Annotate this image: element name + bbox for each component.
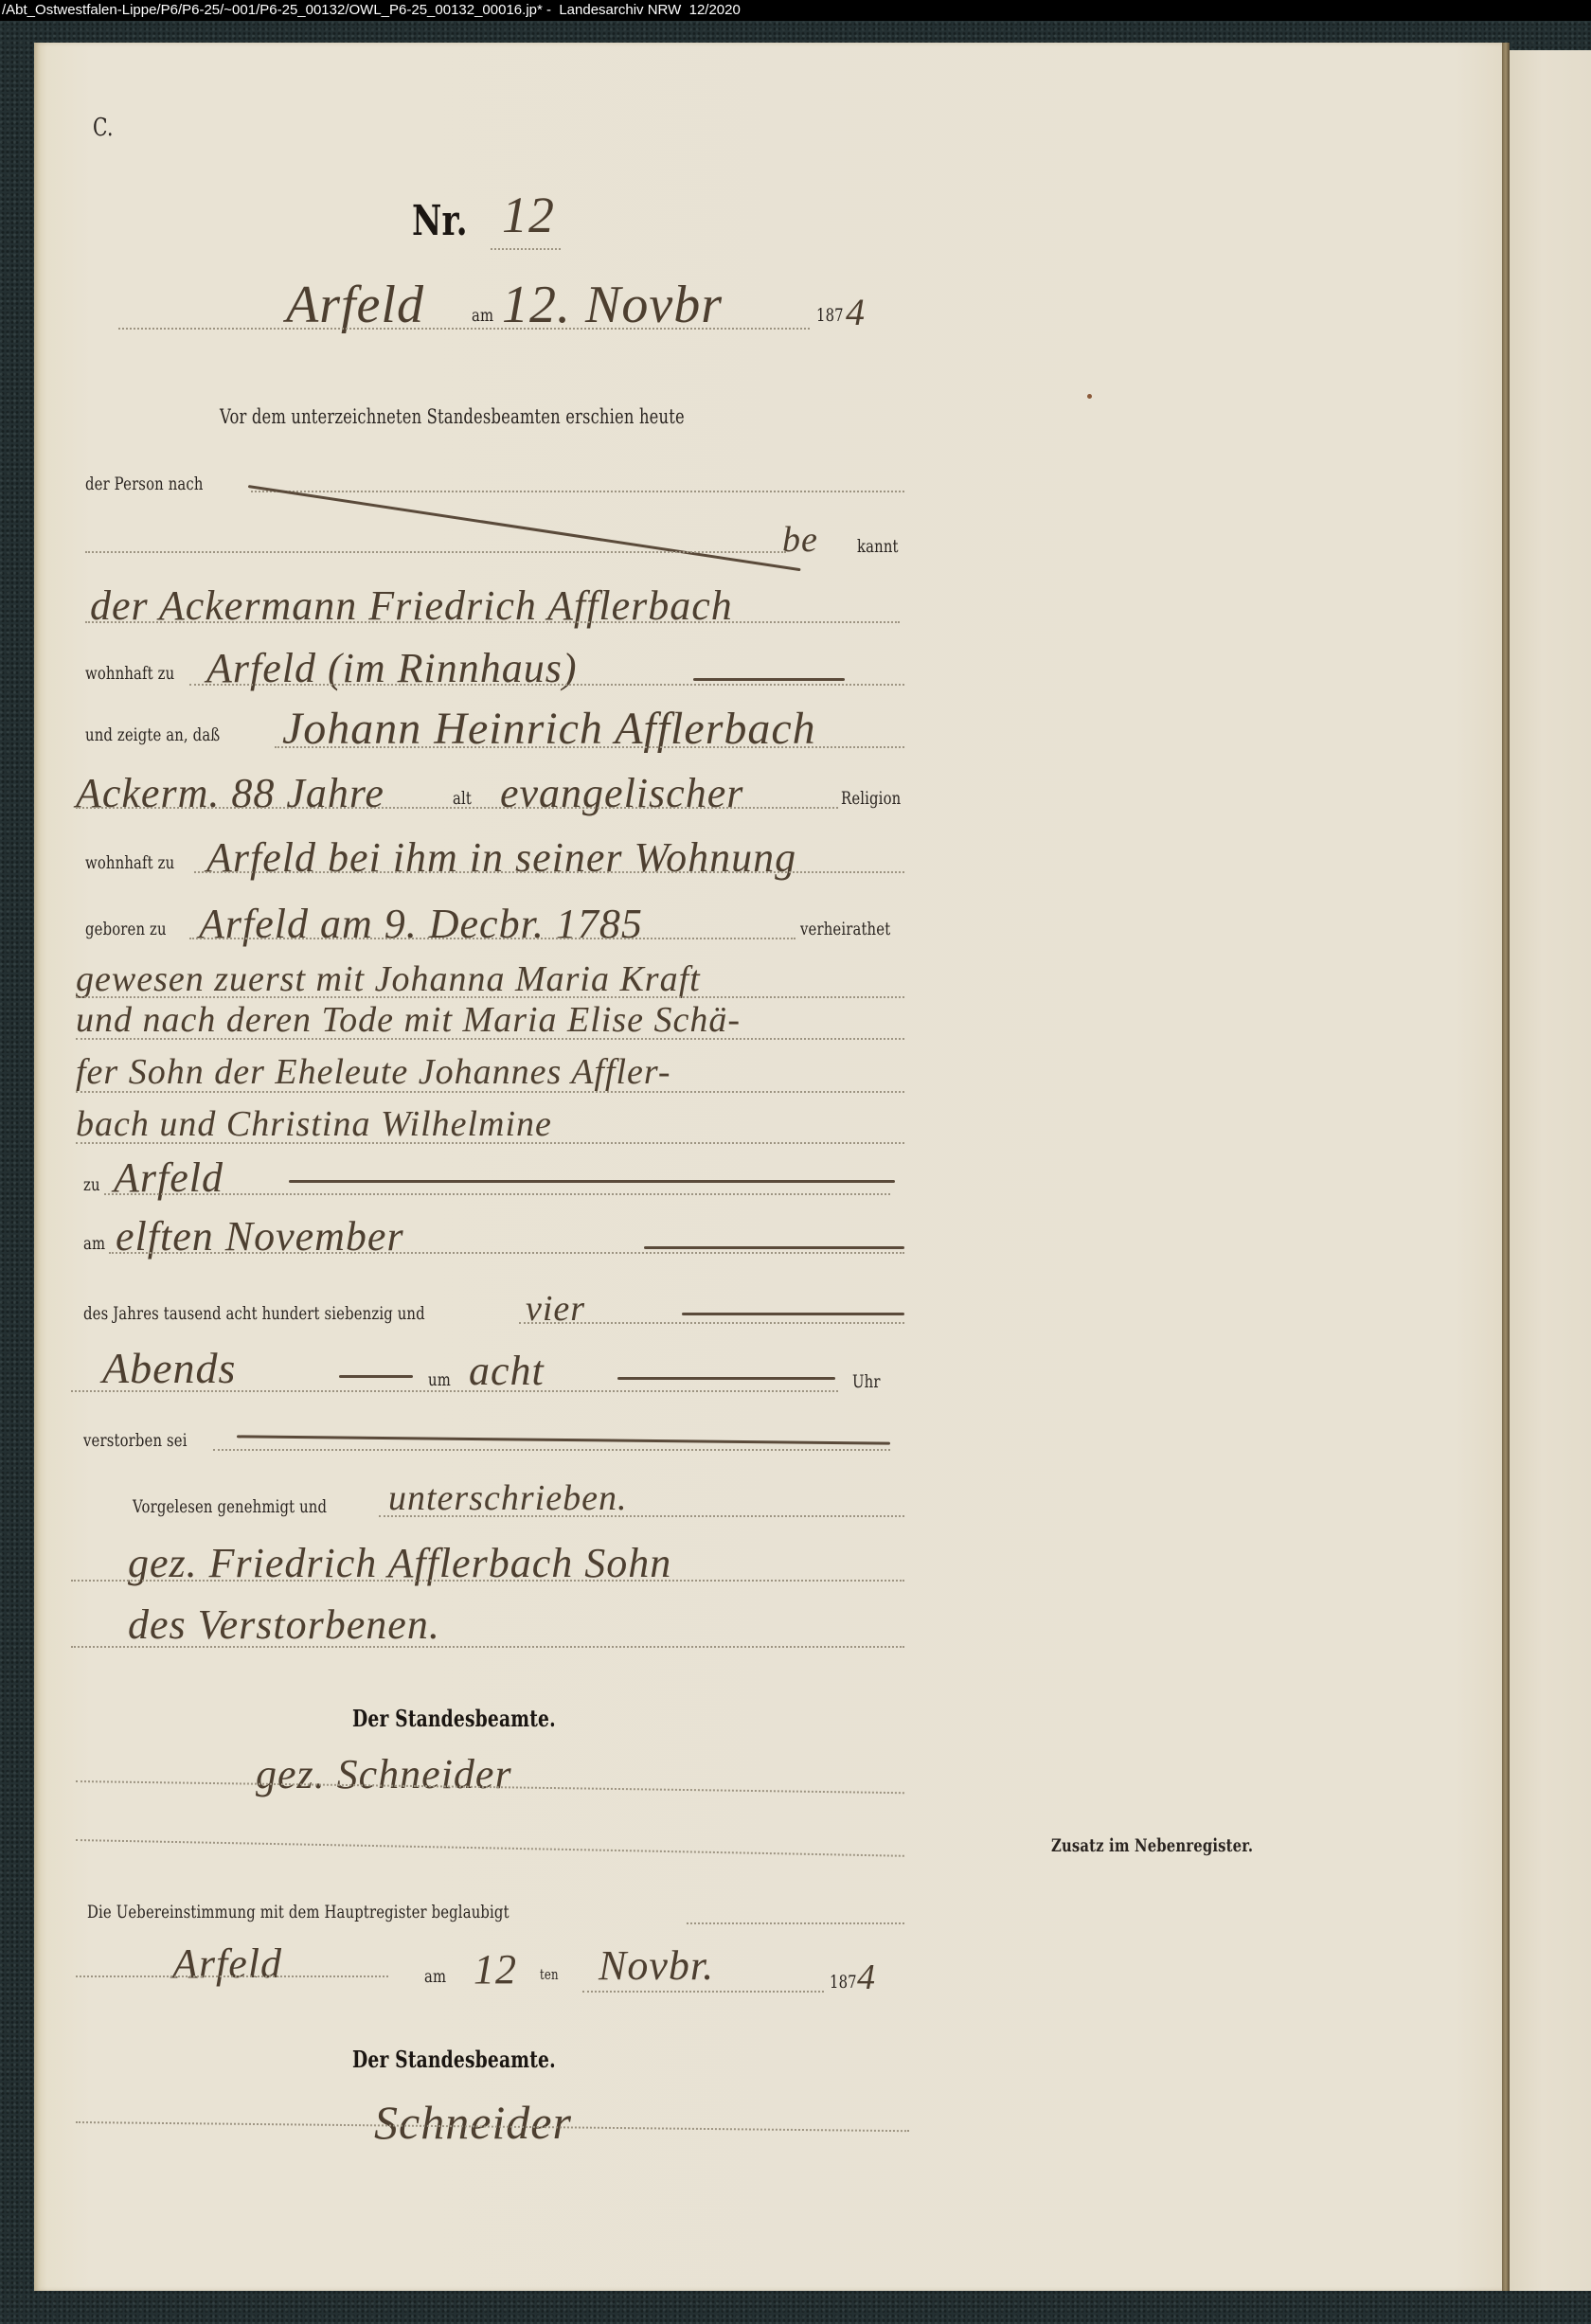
series-letter: C. bbox=[93, 114, 114, 142]
deceased-residence-label: wohnhaft zu bbox=[85, 852, 174, 873]
marriage-line-4: bach und Christina Wilhelmine bbox=[76, 1103, 552, 1145]
cert-place-line bbox=[76, 1975, 388, 1977]
signature-rule-2 bbox=[71, 1646, 904, 1648]
kannt-handwritten: be bbox=[782, 519, 818, 561]
marriage-line-1: gewesen zuerst mit Johanna Maria Kraft bbox=[76, 958, 701, 1000]
read-line bbox=[379, 1515, 904, 1517]
religion-label: Religion bbox=[841, 788, 901, 809]
kannt-label: kannt bbox=[857, 536, 899, 557]
registrar-signature: gez. Schneider bbox=[256, 1750, 512, 1798]
residence-label: wohnhaft zu bbox=[85, 663, 174, 684]
window-title-bar: /Abt_Ostwestfalen-Lippe/P6/P6-25/~001/P6… bbox=[0, 0, 1591, 21]
marriage-rule-4 bbox=[76, 1142, 904, 1144]
day-line bbox=[109, 1252, 904, 1254]
read-label: Vorgelesen genehmigt und bbox=[133, 1496, 327, 1517]
signature-rule-1 bbox=[71, 1580, 904, 1582]
window-title: /Abt_Ostwestfalen-Lippe/P6/P6-25/~001/P6… bbox=[2, 2, 741, 18]
cert-year-suffix: 4 bbox=[857, 1957, 876, 1998]
age-line bbox=[76, 807, 838, 809]
informant-line bbox=[85, 621, 900, 623]
time-of-day: Abends bbox=[102, 1343, 236, 1393]
died-label: verstorben sei bbox=[83, 1430, 188, 1451]
day-label: am bbox=[83, 1233, 105, 1254]
um-label: um bbox=[428, 1369, 451, 1390]
age-label: alt bbox=[453, 788, 472, 809]
born-label: geboren zu bbox=[85, 919, 167, 939]
day-fill-stroke bbox=[644, 1246, 904, 1249]
deceased-residence-line bbox=[194, 871, 904, 873]
registrar-signature-2: Schneider bbox=[374, 2095, 572, 2150]
paper-speck bbox=[1087, 394, 1092, 399]
announce-line bbox=[275, 746, 904, 748]
cert-place: Arfeld bbox=[172, 1940, 282, 1988]
uhr-label: Uhr bbox=[852, 1371, 881, 1392]
number-label: Nr. bbox=[412, 197, 468, 245]
cert-day: 12 bbox=[474, 1945, 517, 1993]
married-label: verheirathet bbox=[800, 919, 890, 939]
marriage-rule-2 bbox=[76, 1038, 904, 1040]
deceased-residence-value: Arfeld bei ihm in seiner Wohnung bbox=[206, 833, 796, 882]
place-of-death-label: zu bbox=[83, 1174, 100, 1195]
header-year-suffix: 4 bbox=[846, 290, 866, 334]
cert-month-line bbox=[582, 1991, 824, 1993]
year-text-label: des Jahres tausend acht hundert siebenzi… bbox=[83, 1303, 425, 1324]
marriage-line-2: und nach deren Tode mit Maria Elise Schä… bbox=[76, 999, 741, 1041]
died-line bbox=[213, 1449, 890, 1451]
header-place: Arfeld bbox=[286, 275, 424, 335]
person-label: der Person nach bbox=[85, 474, 204, 494]
born-value: Arfeld am 9. Decbr. 1785 bbox=[199, 900, 643, 948]
next-page-edge bbox=[1510, 50, 1591, 2291]
certification-line bbox=[687, 1922, 904, 1924]
place-fill-stroke bbox=[289, 1180, 895, 1183]
year-line bbox=[519, 1322, 904, 1324]
marriage-rule-1 bbox=[76, 996, 904, 998]
registrar-title: Der Standesbeamte. bbox=[352, 1705, 556, 1732]
page-gutter bbox=[1502, 43, 1510, 2291]
side-note: Zusatz im Nebenregister. bbox=[1051, 1835, 1253, 1856]
place-line bbox=[104, 1193, 890, 1195]
announce-label: und zeigte an, daß bbox=[85, 724, 220, 745]
cert-am-label: am bbox=[424, 1966, 446, 1987]
registrar-title-2: Der Standesbeamte. bbox=[352, 2046, 556, 2073]
header-am-label: am bbox=[472, 305, 493, 326]
header-date: 12. Novbr bbox=[502, 275, 723, 335]
hour-fill-stroke bbox=[617, 1377, 835, 1380]
occupation-age: Ackerm. 88 Jahre bbox=[76, 769, 384, 817]
kannt-line bbox=[85, 551, 786, 553]
cert-month: Novbr. bbox=[599, 1941, 714, 1990]
header-year-prefix: 187 bbox=[816, 305, 844, 326]
marriage-line-3: fer Sohn der Eheleute Johannes Affler- bbox=[76, 1051, 671, 1093]
cert-ten-label: ten bbox=[540, 1966, 559, 1983]
header-line bbox=[118, 328, 810, 330]
religion-value: evangelischer bbox=[500, 769, 743, 817]
read-value: unterschrieben. bbox=[388, 1477, 627, 1519]
time-fill-stroke bbox=[339, 1375, 413, 1378]
residence-fill-stroke bbox=[693, 678, 845, 681]
certification-label: Die Uebereinstimmung mit dem Hauptregist… bbox=[87, 1902, 509, 1922]
number-line bbox=[491, 248, 561, 250]
cert-year-prefix: 187 bbox=[830, 1972, 857, 1993]
year-fill-stroke bbox=[682, 1313, 904, 1315]
intro-text: Vor dem unterzeichneten Standesbeamten e… bbox=[220, 405, 685, 428]
residence-line bbox=[189, 684, 904, 686]
time-line bbox=[71, 1390, 838, 1392]
hour-value: acht bbox=[469, 1347, 545, 1395]
born-line bbox=[189, 938, 795, 939]
person-line bbox=[251, 491, 904, 492]
number-value: 12 bbox=[502, 186, 555, 244]
informant-signature-line-2: des Verstorbenen. bbox=[128, 1600, 440, 1649]
marriage-rule-3 bbox=[76, 1091, 904, 1093]
